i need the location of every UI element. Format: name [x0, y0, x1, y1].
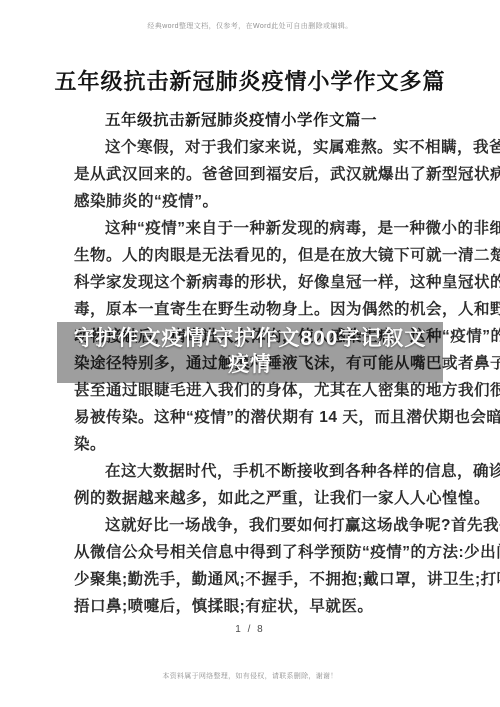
- text-line: 捂口鼻;喷嚏后，慎揉眼;有症状，早就医。: [74, 593, 434, 620]
- text-line: 在这大数据时代，手机不断接收到各种各样的信息，确诊病: [74, 458, 434, 485]
- section-heading: 五年级抗击新冠肺炎疫情小学作文篇一: [74, 107, 434, 134]
- watermark-banner: 守护作文疫情/守护作文800字记叙文 疫情: [57, 322, 443, 383]
- header-note: 经典word整理文档，仅参考，在Word此处可自由删除或编辑。: [0, 21, 500, 31]
- text-line: 少聚集;勤洗手，勤通风;不握手，不拥抱;戴口罩，讲卫生;打喷嚏，: [74, 566, 434, 593]
- text-line: 例的数据越来越多，如此之严重，让我们一家人人心惶惶。: [74, 485, 434, 512]
- text-line: 生物。人的肉眼是无法看见的，但是在放大镜下可就一清二楚了，: [74, 242, 434, 269]
- text-line: 这种“疫情”来自于一种新发现的病毒，是一种微小的非细胞: [74, 215, 434, 242]
- text-line: 感染肺炎的“疫情”。: [74, 188, 434, 215]
- text-line: 是从武汉回来的。爸爸回到福安后，武汉就爆出了新型冠状病毒: [74, 161, 434, 188]
- footer-note: 本资料属于网络整理，如有侵权，请联系删除，谢谢！: [0, 671, 500, 681]
- text-line: 科学家发现这个新病毒的形状，好像皇冠一样，这种皇冠状的病: [74, 269, 434, 296]
- page-title: 五年级抗击新冠肺炎疫情小学作文多篇: [0, 65, 500, 96]
- watermark-line1: 守护作文疫情/守护作文800字记叙文: [57, 326, 443, 352]
- page-indicator: 1 / 8: [0, 624, 500, 635]
- text-line: 这个寒假，对于我们家来说，实属难熬。实不相瞒，我爸爸: [74, 134, 434, 161]
- text-line: 从微信公众号相关信息中得到了科学预防“疫情”的方法:少出门，: [74, 539, 434, 566]
- text-line: 毒，原本一直寄生在野生动物身上。因为偶然的机会，人和野生: [74, 296, 434, 323]
- text-line: 染。: [74, 431, 434, 458]
- watermark-line2: 疫情: [57, 352, 443, 378]
- text-line: 这就好比一场战争，我们要如何打赢这场战争呢?首先我们: [74, 512, 434, 539]
- text-line: 易被传染。这种“疫情”的潜伏期有 14 天，而且潜伏期也会暗中传: [74, 404, 434, 431]
